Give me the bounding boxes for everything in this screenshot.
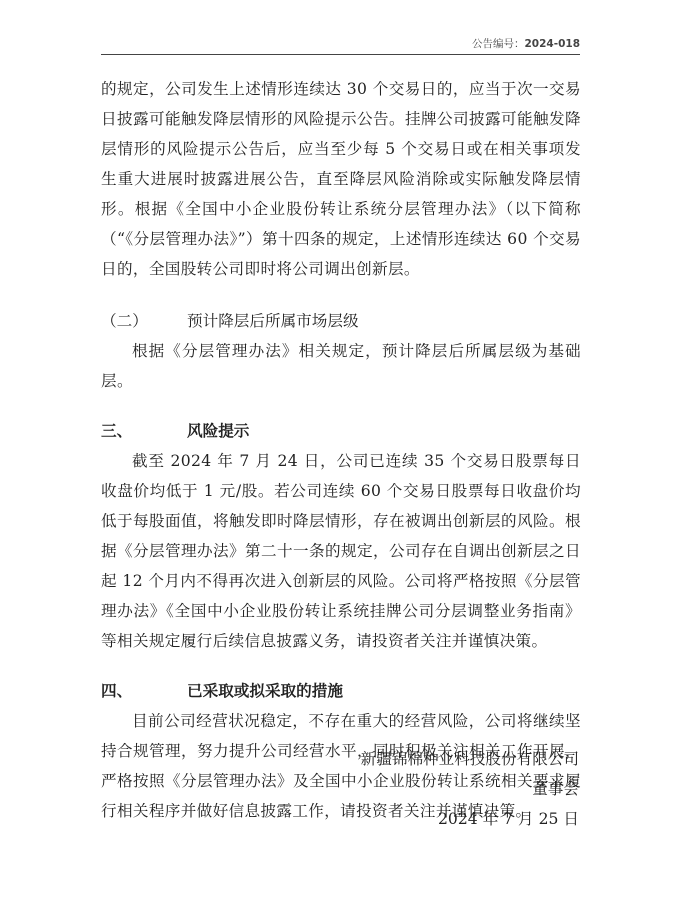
announcement-label: 公告编号： [472, 38, 525, 50]
section-3-label: 三、 [101, 416, 187, 446]
section-3-text: 截至 2024 年 7 月 24 日，公司已连续 35 个交易日股票每日收盘价均… [101, 446, 581, 656]
section-2-subheading: （二） 预计降层后所属市场层级 [101, 306, 581, 336]
section-3-title: 风险提示 [187, 416, 249, 446]
signature-block: 新疆锦棉种业科技股份有限公司 董事会 2024 年 7 月 25 日 [361, 744, 579, 834]
signature-date: 2024 年 7 月 25 日 [361, 804, 579, 834]
section-4-title: 已采取或拟采取的措施 [187, 676, 343, 706]
section-3-heading: 三、 风险提示 [101, 416, 581, 446]
announcement-number: 2024-018 [525, 38, 581, 50]
board-name: 董事会 [361, 774, 579, 804]
section-2-label: （二） [101, 306, 187, 336]
section-2-title: 预计降层后所属市场层级 [187, 306, 359, 336]
section-4-label: 四、 [101, 676, 187, 706]
section-2-text: 根据《分层管理办法》相关规定，预计降层后所属层级为基础层。 [101, 336, 581, 396]
page-header: 公告编号：2024-018 [101, 36, 580, 55]
company-name: 新疆锦棉种业科技股份有限公司 [361, 744, 579, 774]
document-page: 公告编号：2024-018 的规定，公司发生上述情形连续达 30 个交易日的，应… [0, 0, 680, 909]
document-body: 的规定，公司发生上述情形连续达 30 个交易日的，应当于次一交易日披露可能触发降… [101, 74, 581, 826]
intro-paragraph: 的规定，公司发生上述情形连续达 30 个交易日的，应当于次一交易日披露可能触发降… [101, 74, 581, 284]
section-4-heading: 四、 已采取或拟采取的措施 [101, 676, 581, 706]
